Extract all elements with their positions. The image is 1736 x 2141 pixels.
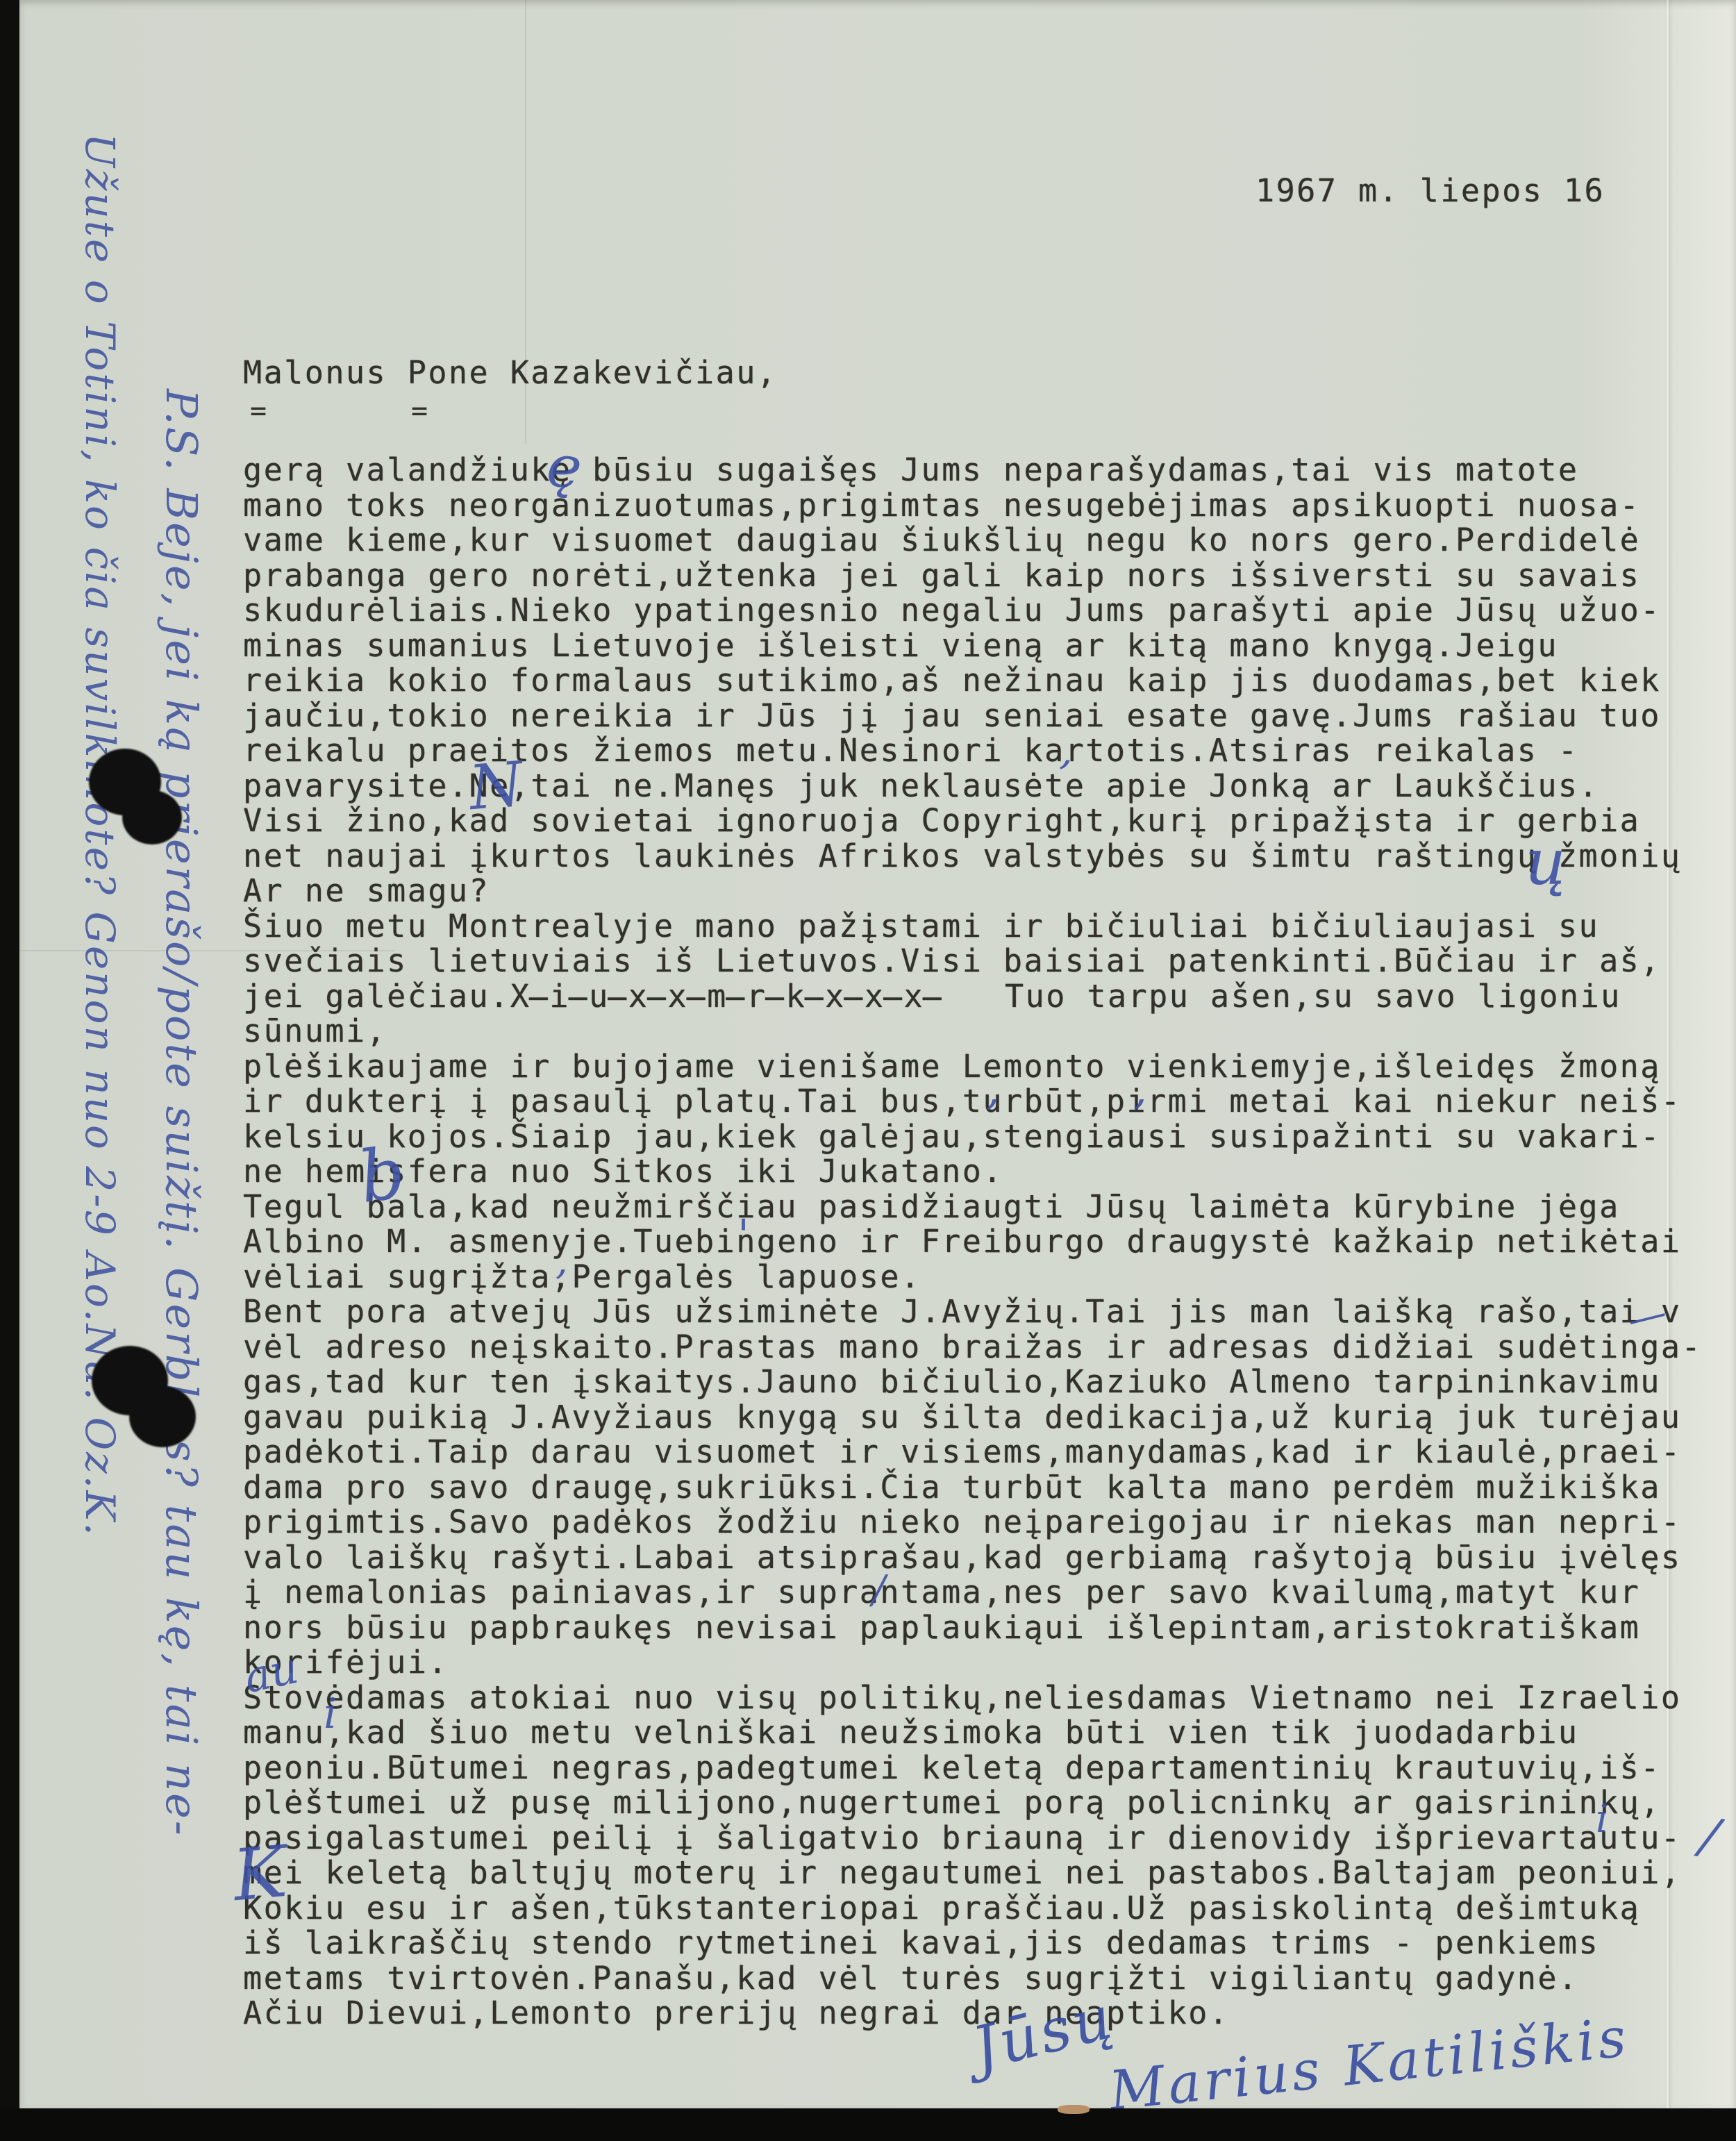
paper-edge-speck bbox=[1058, 2105, 1090, 2114]
ink-correction-mark: = bbox=[411, 397, 428, 425]
letter-body: gerą valandžiukę būsiu sugaišęs Jums nep… bbox=[243, 453, 1736, 2031]
ink-correction-mark: ∕ bbox=[872, 1571, 885, 1610]
letter-date: 1967 m. liepos 16 bbox=[1255, 172, 1605, 209]
ink-correction-mark: ' bbox=[737, 1214, 749, 1257]
ink-correction-mark: , bbox=[556, 1242, 568, 1281]
ink-correction-mark: au bbox=[240, 1647, 301, 1700]
letter-salutation: Malonus Pone Kazakevičiau, bbox=[243, 354, 777, 391]
scanned-letter: { "document": { "date": "1967 m. liepos … bbox=[0, 0, 1736, 2141]
handwritten-margin-note-line-1: P.S. Beje, jei ką prierašo/pote suižtį. … bbox=[156, 389, 207, 1813]
handwritten-margin-note-line-2: Užute o Totini, ko čia suvilkinote? Geno… bbox=[76, 133, 124, 2092]
ink-correction-mark: b bbox=[355, 1138, 410, 1214]
ink-correction-mark: = bbox=[250, 397, 267, 425]
scan-edge-bottom bbox=[0, 2108, 1736, 2141]
ink-correction-mark: i bbox=[1596, 1800, 1608, 1839]
ink-correction-mark: K bbox=[231, 1837, 290, 1912]
ink-correction-mark: , bbox=[986, 1068, 1000, 1111]
ink-correction-mark: N bbox=[467, 753, 525, 819]
ink-correction-mark: i bbox=[324, 1693, 337, 1735]
ink-blot bbox=[129, 1386, 196, 1447]
ink-correction-mark: ę bbox=[544, 436, 585, 498]
scan-edge-left bbox=[0, 0, 19, 2141]
ink-correction-mark: , bbox=[1133, 1068, 1147, 1111]
ink-correction-mark: ų bbox=[1525, 831, 1566, 894]
ink-blot bbox=[122, 790, 182, 844]
